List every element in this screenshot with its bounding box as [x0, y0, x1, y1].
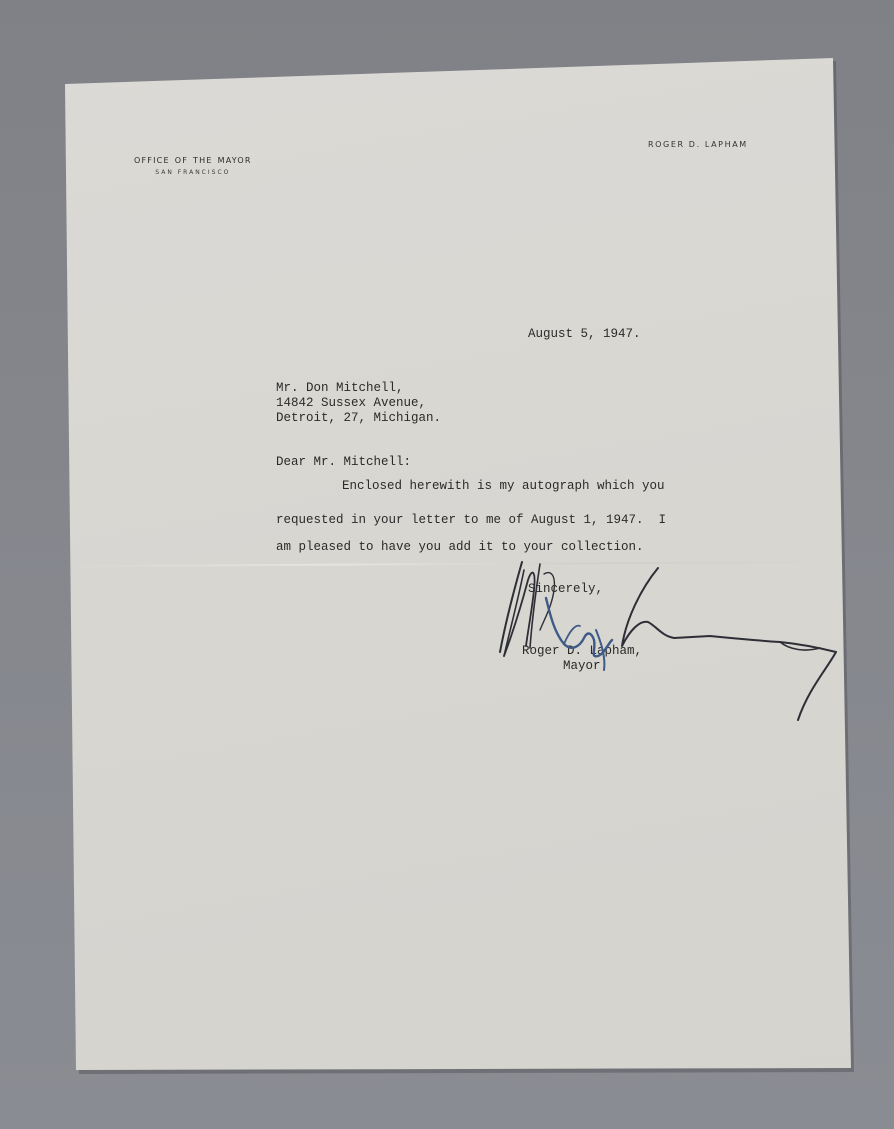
recipient-city: Detroit, 27, Michigan.	[276, 411, 441, 426]
letter-date: August 5, 1947.	[528, 327, 641, 342]
signer-name: Roger D. Lapham,	[522, 644, 642, 659]
signer-title: Mayor	[563, 659, 601, 674]
letterhead-city: SAN FRANCISCO	[134, 169, 252, 176]
recipient-street: 14842 Sussex Avenue,	[276, 396, 441, 411]
salutation: Dear Mr. Mitchell:	[276, 455, 411, 470]
body-line-1: Enclosed herewith is my autograph which …	[342, 478, 665, 494]
letterhead-office: Office of the Mayor SAN FRANCISCO	[134, 152, 252, 176]
letterhead-mayor-name: ROGER D. LAPHAM	[648, 140, 748, 149]
recipient-name: Mr. Don Mitchell,	[276, 381, 441, 396]
body-line-3: am pleased to have you add it to your co…	[276, 539, 644, 555]
letterhead-office-title: Office of the Mayor	[134, 152, 252, 166]
recipient-address: Mr. Don Mitchell,14842 Sussex Avenue,Det…	[276, 381, 441, 426]
body-line-2: requested in your letter to me of August…	[276, 512, 666, 528]
closing: Sincerely,	[528, 582, 603, 597]
